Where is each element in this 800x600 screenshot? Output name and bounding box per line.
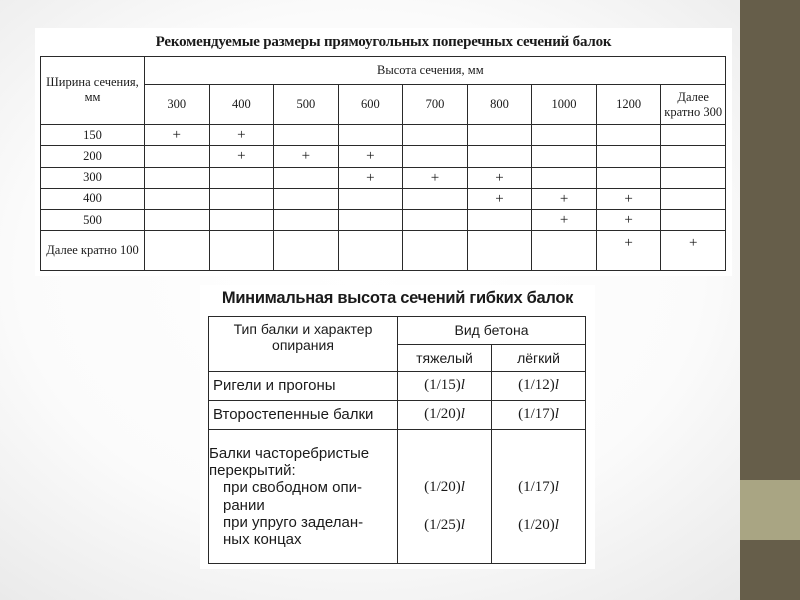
size-cell: + (403, 167, 468, 188)
slide-side-accent-band (740, 480, 800, 540)
size-cell (403, 146, 468, 167)
size-cell (274, 188, 339, 209)
col-header-height: 1000 (532, 85, 597, 125)
size-cell (532, 167, 597, 188)
row-label: Второстепенные балки (209, 401, 398, 430)
size-cell: + (596, 188, 661, 209)
col-header-height: 300 (145, 85, 210, 125)
size-cell (596, 167, 661, 188)
size-cell (145, 188, 210, 209)
size-cell (403, 188, 468, 209)
table-row: 400+++ (41, 188, 726, 209)
row-width-label: 150 (41, 124, 145, 145)
ribbed-heavy-values: (1/20)l (1/25)l (398, 430, 492, 564)
size-cell: + (274, 146, 339, 167)
heavy-value: (1/20)l (398, 401, 492, 430)
size-cell (467, 146, 532, 167)
row-label: Ригели и прогоны (209, 372, 398, 401)
row-width-label: 500 (41, 210, 145, 231)
size-cell: + (145, 124, 210, 145)
size-cell (403, 210, 468, 231)
min-height-table: Тип балки и характер опирания Вид бетона… (208, 316, 586, 564)
size-cell (274, 210, 339, 231)
header-concrete-type: Вид бетона (398, 317, 586, 345)
col-header-height: 400 (209, 85, 274, 125)
size-cell (209, 231, 274, 271)
table-row-ribbed: Балки часторебристые перекрытий: при сво… (209, 430, 586, 564)
size-cell (145, 231, 210, 271)
size-cell (145, 210, 210, 231)
header-light: лёгкий (492, 345, 586, 372)
table-row: 300+++ (41, 167, 726, 188)
size-cell (338, 124, 403, 145)
size-cell (467, 210, 532, 231)
header-heavy: тяжелый (398, 345, 492, 372)
recommended-sizes-image: Рекомендуемые размеры прямоугольных попе… (35, 28, 732, 276)
size-cell (338, 210, 403, 231)
size-cell (596, 124, 661, 145)
size-cell (661, 167, 726, 188)
size-cell: + (209, 146, 274, 167)
table-row: 200+++ (41, 146, 726, 167)
size-cell (532, 231, 597, 271)
row-header-width: Ширина сечения, мм (41, 57, 145, 125)
recommended-sizes-table: Ширина сечения, мм Высота сечения, мм 30… (40, 56, 726, 271)
table-row: Далее кратно 100++ (41, 231, 726, 271)
size-cell: + (338, 146, 403, 167)
size-cell: + (467, 167, 532, 188)
size-cell (209, 210, 274, 231)
size-cell: + (661, 231, 726, 271)
size-cell: + (467, 188, 532, 209)
min-height-image: Минимальная высота сечений гибких балок … (200, 285, 595, 569)
size-cell: + (532, 210, 597, 231)
size-cell (661, 124, 726, 145)
col-header-height: 500 (274, 85, 339, 125)
size-cell (661, 210, 726, 231)
size-cell (403, 124, 468, 145)
ribbed-light-values: (1/17)l (1/20)l (492, 430, 586, 564)
size-cell: + (209, 124, 274, 145)
col-header-height: 600 (338, 85, 403, 125)
size-cell (274, 167, 339, 188)
size-cell (209, 167, 274, 188)
size-cell (209, 188, 274, 209)
table-row: 500++ (41, 210, 726, 231)
table-row: Второстепенные балки (1/20)l (1/17)l (209, 401, 586, 430)
row-width-label: 300 (41, 167, 145, 188)
table1-title: Рекомендуемые размеры прямоугольных попе… (35, 34, 732, 51)
size-cell (274, 231, 339, 271)
size-cell: + (596, 231, 661, 271)
light-value: (1/12)l (492, 372, 586, 401)
row-width-label: 200 (41, 146, 145, 167)
size-cell (467, 231, 532, 271)
table-row: Ригели и прогоны (1/15)l (1/12)l (209, 372, 586, 401)
row-width-label: Далее кратно 100 (41, 231, 145, 271)
size-cell: + (596, 210, 661, 231)
size-cell (145, 146, 210, 167)
light-value: (1/17)l (492, 401, 586, 430)
size-cell (532, 146, 597, 167)
col-header-height: 800 (467, 85, 532, 125)
size-cell (145, 167, 210, 188)
size-cell (661, 146, 726, 167)
size-cell (274, 124, 339, 145)
col-header-height: Далее кратно 300 (661, 85, 726, 125)
size-cell (596, 146, 661, 167)
row-width-label: 400 (41, 188, 145, 209)
size-cell: + (532, 188, 597, 209)
table2-title: Минимальная высота сечений гибких балок (200, 289, 595, 308)
size-cell: + (338, 167, 403, 188)
table-row: 150++ (41, 124, 726, 145)
ribbed-beams-label: Балки часторебристые перекрытий: при сво… (209, 430, 398, 564)
header-beam-type: Тип балки и характер опирания (209, 317, 398, 372)
size-cell (661, 188, 726, 209)
size-cell (532, 124, 597, 145)
col-header-height: 700 (403, 85, 468, 125)
col-group-header-height: Высота сечения, мм (145, 57, 726, 85)
size-cell (467, 124, 532, 145)
heavy-value: (1/15)l (398, 372, 492, 401)
col-header-height: 1200 (596, 85, 661, 125)
size-cell (403, 231, 468, 271)
size-cell (338, 231, 403, 271)
size-cell (338, 188, 403, 209)
